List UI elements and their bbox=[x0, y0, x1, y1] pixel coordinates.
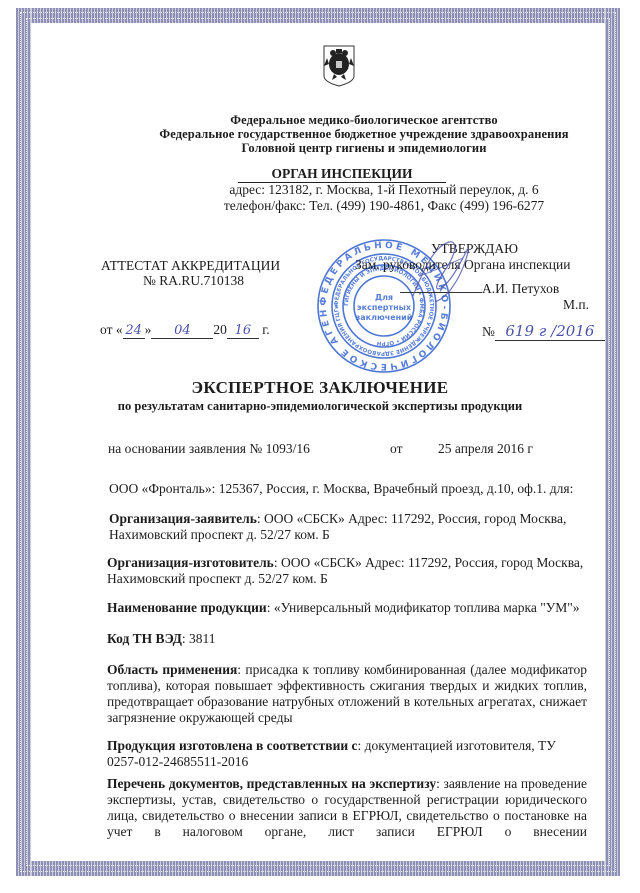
application-scope: Область применения: присадка к топливу к… bbox=[107, 662, 587, 726]
product-value: : «Универсальный модификатор топлива мар… bbox=[267, 600, 580, 615]
accreditation-number: № RA.RU.710138 bbox=[143, 273, 244, 289]
date-prefix: от « bbox=[100, 322, 123, 337]
handwritten-month: 04 bbox=[151, 323, 213, 339]
institution-name: Федеральное государственное бюджетное уч… bbox=[44, 127, 640, 142]
manufacturer-organization: Организация-изготовитель: ООО «СБСК» Адр… bbox=[107, 555, 587, 587]
handwritten-year: 16 bbox=[227, 323, 259, 339]
agency-name: Федеральное медико-биологическое агентст… bbox=[44, 113, 640, 128]
product-label: Наименование продукции bbox=[107, 600, 267, 615]
handwritten-day: 24 bbox=[123, 323, 145, 339]
stamp-text-3: заключений bbox=[356, 313, 413, 322]
applicant-organization: Организация-заявитель: ООО «СБСК» Адрес:… bbox=[109, 511, 579, 543]
inspection-body-phone: телефон/факс: Тел. (499) 190-4861, Факс … bbox=[64, 198, 640, 214]
russian-coat-of-arms-icon bbox=[322, 44, 356, 88]
accreditation-label: АТТЕСТАТ АККРЕДИТАЦИИ bbox=[101, 258, 280, 274]
tn-ved-code: Код ТН ВЭД: 3811 bbox=[107, 631, 587, 647]
product-name: Наименование продукции: «Универсальный м… bbox=[107, 600, 587, 616]
stamp-text-1: Для bbox=[375, 293, 393, 302]
seal-place: М.п. bbox=[563, 297, 589, 313]
code-label: Код ТН ВЭД bbox=[107, 631, 182, 646]
conform-label: Продукция изготовлена в соответствии с bbox=[107, 738, 358, 753]
scope-label: Область применения bbox=[107, 662, 237, 677]
code-value: : 3811 bbox=[182, 631, 216, 646]
document-title: ЭКСПЕРТНОЕ ЗАКЛЮЧЕНИЕ bbox=[0, 378, 640, 398]
document-number: №619 г /2016 bbox=[482, 322, 605, 341]
application-date: 25 апреля 2016 г bbox=[438, 441, 533, 457]
stamp-text-2: экспертных bbox=[357, 303, 412, 312]
handwritten-signature bbox=[405, 236, 475, 316]
submitted-documents: Перечень документов, представленных на э… bbox=[107, 776, 587, 840]
application-basis: на основании заявления № 1093/16 bbox=[108, 441, 310, 457]
inspection-body-address: адрес: 123182, г. Москва, 1-й Пехотный п… bbox=[64, 182, 640, 198]
number-prefix: № bbox=[482, 324, 495, 339]
date-mid: » bbox=[145, 322, 152, 337]
frontal-line: ООО «Фронталь»: 125367, Россия, г. Москв… bbox=[109, 481, 589, 497]
applicant-label: Организация-заявитель bbox=[109, 511, 257, 526]
inspection-body-title: ОРГАН ИНСПЕКЦИИ bbox=[238, 166, 446, 183]
signer-name: А.И. Петухов bbox=[482, 281, 559, 296]
docs-label: Перечень документов, представленных на э… bbox=[107, 776, 436, 791]
handwritten-number: 619 г /2016 bbox=[495, 322, 605, 341]
center-name: Головной центр гигиены и эпидемиологии bbox=[44, 141, 640, 156]
application-from: от bbox=[390, 441, 402, 457]
date-suffix: г. bbox=[262, 322, 269, 337]
document-subtitle: по результатам санитарно-эпидемиологичес… bbox=[0, 399, 640, 414]
accreditation-date: от «24»042016 г. bbox=[100, 322, 270, 339]
date-year-prefix: 20 bbox=[213, 322, 227, 337]
conformity: Продукция изготовлена в соответствии с: … bbox=[107, 738, 587, 770]
maker-label: Организация-изготовитель bbox=[107, 555, 274, 570]
